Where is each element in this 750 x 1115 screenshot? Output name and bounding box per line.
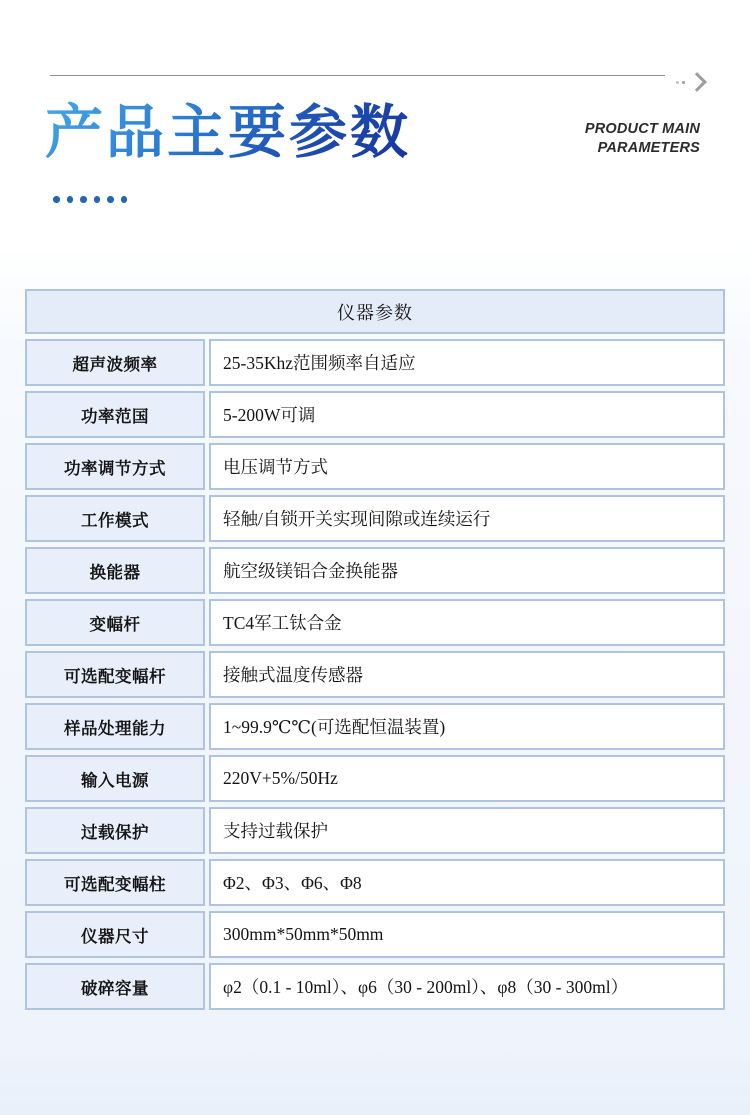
title-dots [53, 196, 127, 203]
param-value: 轻触/自锁开关实现间隙或连续运行 [209, 495, 725, 542]
table-row: 可选配变幅柱 Φ2、Φ3、Φ6、Φ8 [25, 859, 725, 906]
param-value: 220V+5%/50Hz [209, 755, 725, 802]
header-divider-line [50, 75, 665, 76]
param-value: 5-200W可调 [209, 391, 725, 438]
param-value: 300mm*50mm*50mm [209, 911, 725, 958]
accent-dot [94, 196, 101, 203]
param-label: 工作模式 [25, 495, 205, 542]
param-label: 仪器尺寸 [25, 911, 205, 958]
dotted-chevron-right-icon [676, 70, 710, 94]
spec-table: 仪器参数 超声波频率 25-35Khz范围频率自适应 功率范国 5-200W可调… [25, 289, 725, 1015]
param-value: 航空级镁铝合金换能器 [209, 547, 725, 594]
param-label: 变幅杆 [25, 599, 205, 646]
param-label: 过载保护 [25, 807, 205, 854]
table-row: 过载保护 支持过载保护 [25, 807, 725, 854]
table-row: 工作模式 轻触/自锁开关实现间隙或连续运行 [25, 495, 725, 542]
table-row: 超声波频率 25-35Khz范围频率自适应 [25, 339, 725, 386]
accent-dot [121, 196, 128, 203]
param-value: 接触式温度传感器 [209, 651, 725, 698]
accent-dot [107, 196, 114, 203]
param-label: 破碎容量 [25, 963, 205, 1010]
arrow-dot [676, 81, 679, 84]
accent-dot [67, 196, 74, 203]
table-row: 仪器尺寸 300mm*50mm*50mm [25, 911, 725, 958]
param-label: 样品处理能力 [25, 703, 205, 750]
param-value: 电压调节方式 [209, 443, 725, 490]
table-row: 破碎容量 φ2（0.1 - 10ml）、φ6（30 - 200ml）、φ8（30… [25, 963, 725, 1010]
table-row: 样品处理能力 1~99.9℃℃(可选配恒温装置) [25, 703, 725, 750]
accent-dot [80, 196, 87, 203]
param-label: 功率调节方式 [25, 443, 205, 490]
table-rows: 超声波频率 25-35Khz范围频率自适应 功率范国 5-200W可调 功率调节… [25, 339, 725, 1010]
param-label: 输入电源 [25, 755, 205, 802]
subtitle-line-2: PARAMETERS [585, 139, 700, 158]
param-label: 换能器 [25, 547, 205, 594]
param-value: φ2（0.1 - 10ml）、φ6（30 - 200ml）、φ8（30 - 30… [209, 963, 725, 1010]
param-label: 可选配变幅杆 [25, 651, 205, 698]
param-value: 25-35Khz范围频率自适应 [209, 339, 725, 386]
chevron-right-icon [687, 72, 707, 92]
subtitle-line-1: PRODUCT MAIN [585, 120, 700, 139]
table-title: 仪器参数 [25, 289, 725, 334]
page-title: 产品主要参数 [45, 100, 411, 167]
param-label: 功率范国 [25, 391, 205, 438]
arrow-dot [682, 81, 685, 84]
product-parameters-page: 产品主要参数 PRODUCT MAIN PARAMETERS 仪器参数 超声波频… [0, 0, 750, 1115]
table-row: 功率调节方式 电压调节方式 [25, 443, 725, 490]
table-row: 功率范国 5-200W可调 [25, 391, 725, 438]
page-subtitle-english: PRODUCT MAIN PARAMETERS [585, 120, 700, 157]
table-row: 可选配变幅杆 接触式温度传感器 [25, 651, 725, 698]
table-row: 变幅杆 TC4军工钛合金 [25, 599, 725, 646]
param-value: TC4军工钛合金 [209, 599, 725, 646]
table-row: 换能器 航空级镁铝合金换能器 [25, 547, 725, 594]
table-row: 输入电源 220V+5%/50Hz [25, 755, 725, 802]
param-label: 可选配变幅柱 [25, 859, 205, 906]
param-value: 1~99.9℃℃(可选配恒温装置) [209, 703, 725, 750]
param-value: Φ2、Φ3、Φ6、Φ8 [209, 859, 725, 906]
param-value: 支持过载保护 [209, 807, 725, 854]
param-label: 超声波频率 [25, 339, 205, 386]
accent-dot [53, 196, 60, 203]
